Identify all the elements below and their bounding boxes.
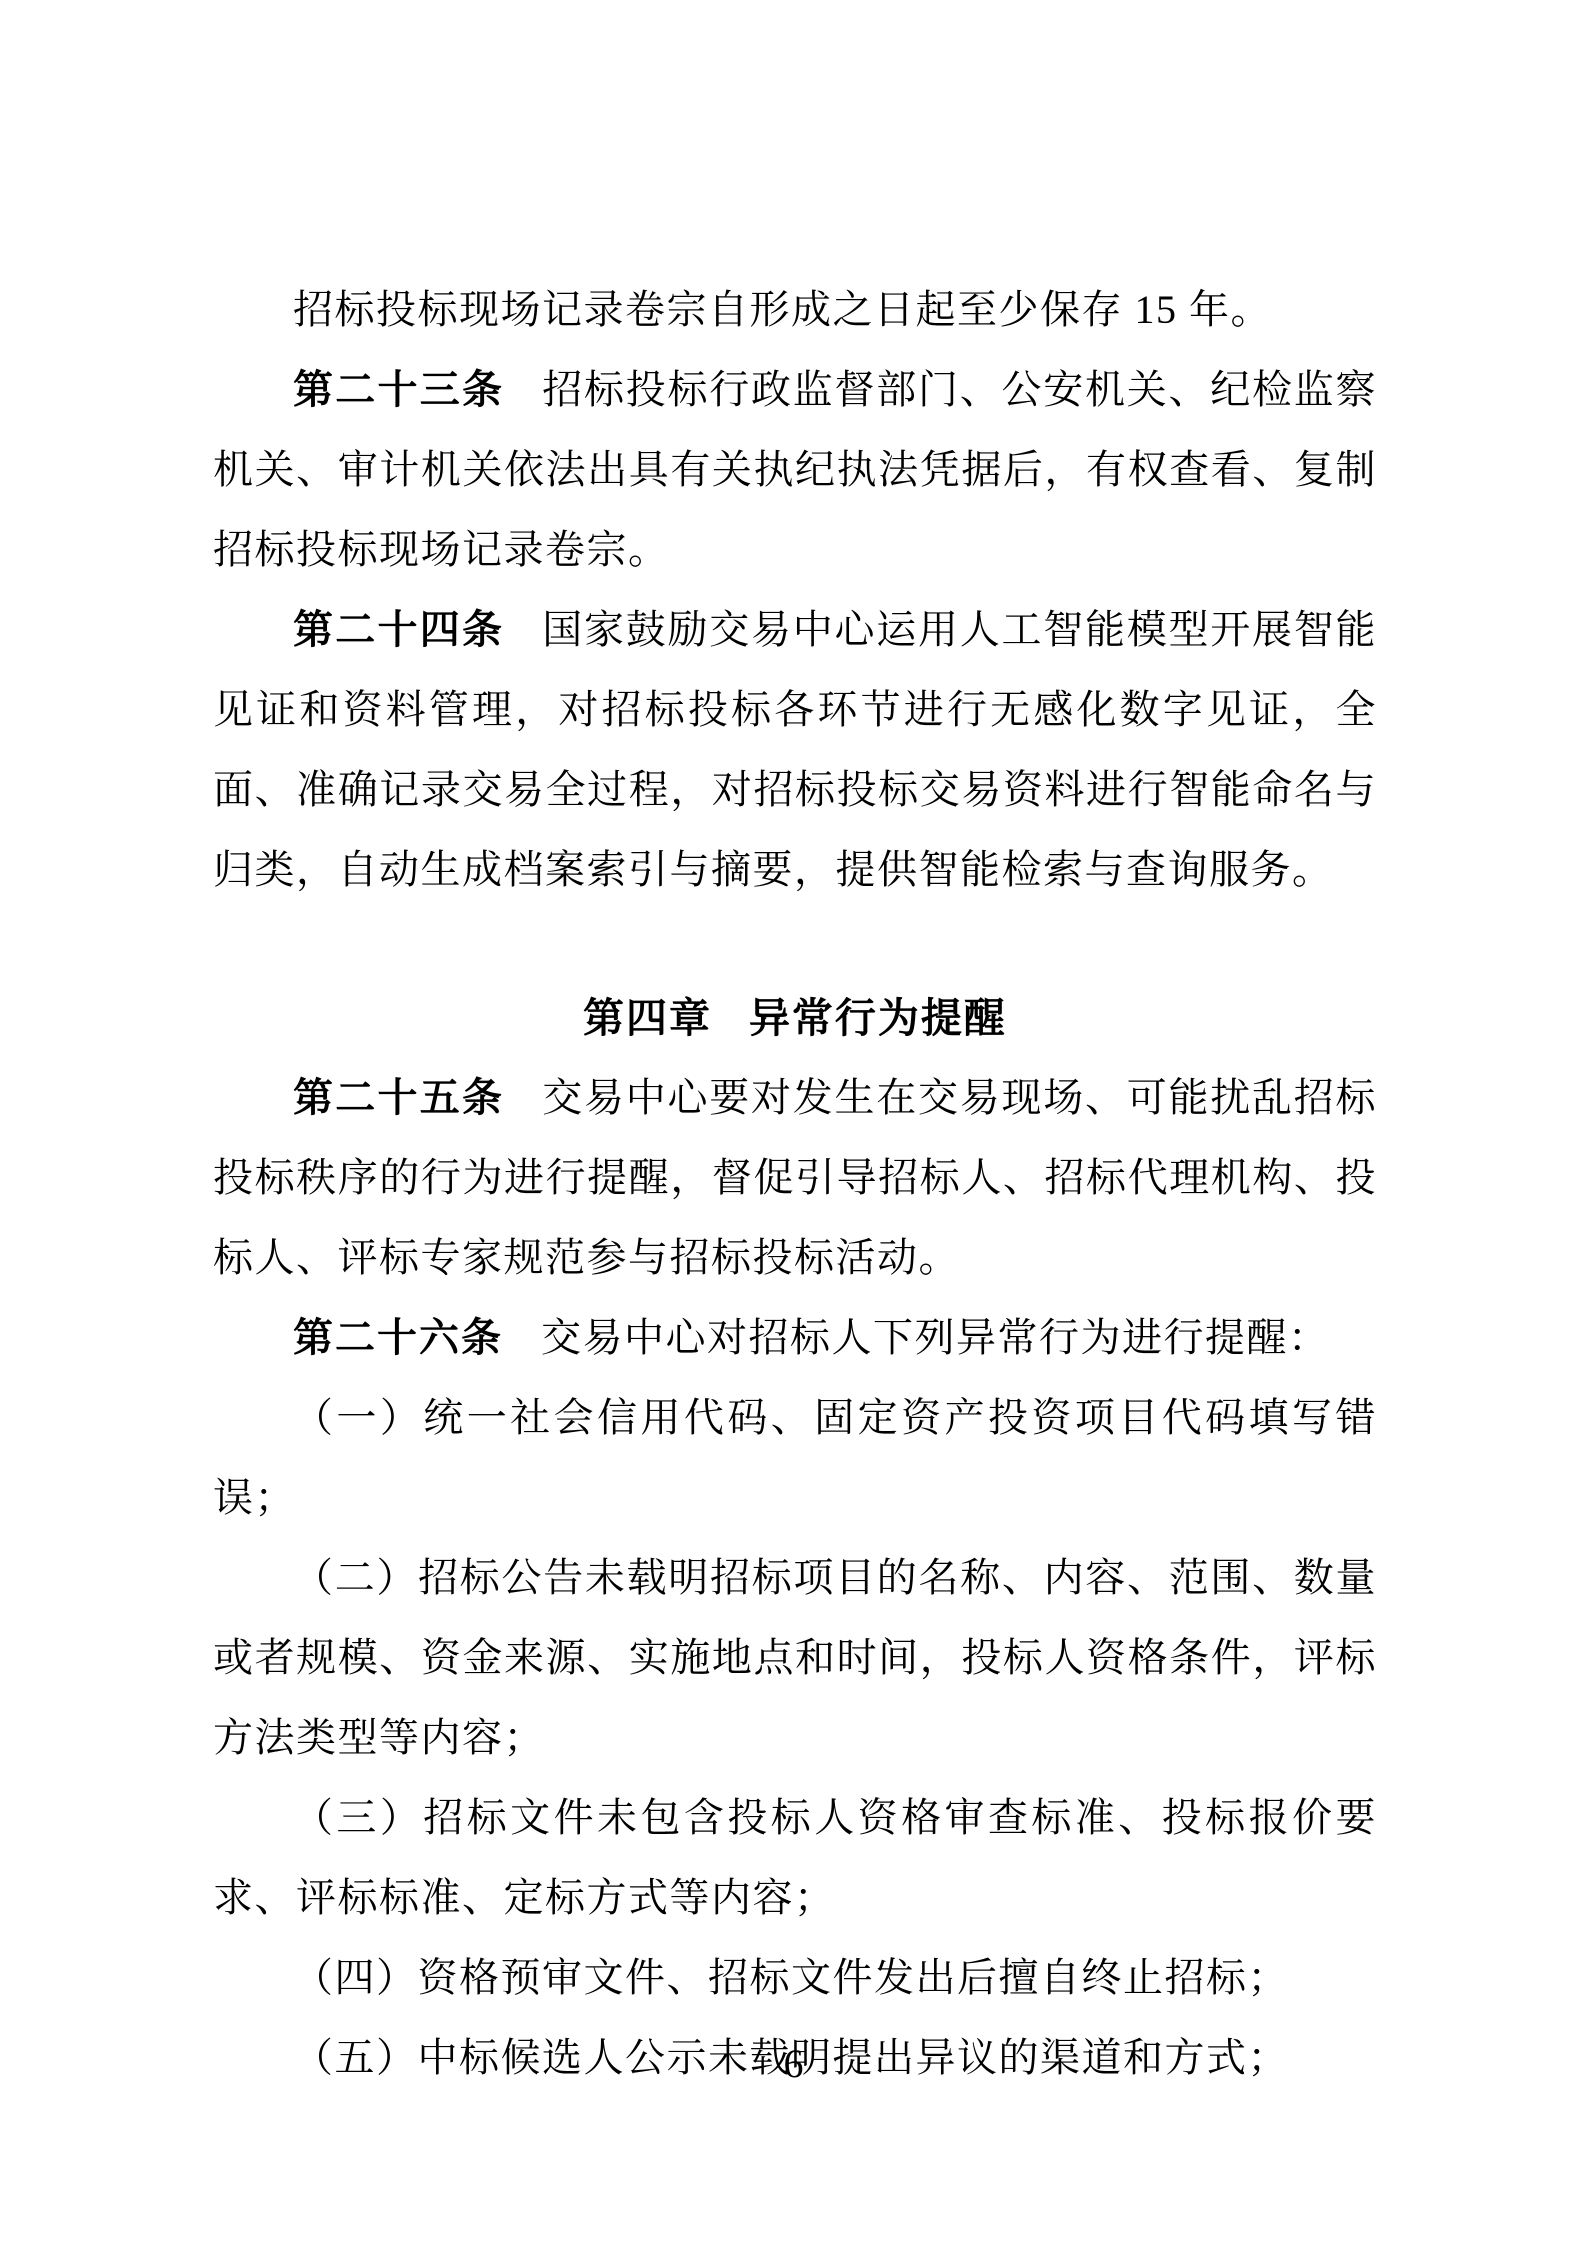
document-content: 招标投标现场记录卷宗自形成之日起至少保存 15 年。 第二十三条招标投标行政监督… xyxy=(213,270,1377,2098)
list-item-4: （四）资格预审文件、招标文件发出后擅自终止招标； xyxy=(213,1938,1377,2018)
chapter-number: 第四章 xyxy=(583,995,712,1041)
list-item-1: （一）统一社会信用代码、固定资产投资项目代码填写错误； xyxy=(213,1378,1377,1538)
list-item-2: （二）招标公告未载明招标项目的名称、内容、范围、数量或者规模、资金来源、实施地点… xyxy=(213,1538,1377,1778)
article-26-number: 第二十六条 xyxy=(293,1316,503,1360)
document-page: 招标投标现场记录卷宗自形成之日起至少保存 15 年。 第二十三条招标投标行政监督… xyxy=(0,0,1587,2245)
article-23-number: 第二十三条 xyxy=(293,368,504,412)
paragraph-article-25: 第二十五条交易中心要对发生在交易现场、可能扰乱招标投标秩序的行为进行提醒，督促引… xyxy=(213,1058,1377,1298)
paragraph-archive-retention: 招标投标现场记录卷宗自形成之日起至少保存 15 年。 xyxy=(213,270,1377,350)
paragraph-article-26: 第二十六条交易中心对招标人下列异常行为进行提醒： xyxy=(213,1298,1377,1378)
chapter-heading: 第四章异常行为提醒 xyxy=(213,978,1377,1058)
paragraph-article-24: 第二十四条国家鼓励交易中心运用人工智能模型开展智能见证和资料管理，对招标投标各环… xyxy=(213,590,1377,910)
chapter-title: 异常行为提醒 xyxy=(749,995,1007,1041)
article-24-number: 第二十四条 xyxy=(293,608,504,652)
page-number: 6 xyxy=(784,2041,804,2086)
list-item-3: （三）招标文件未包含投标人资格审查标准、投标报价要求、评标标准、定标方式等内容； xyxy=(213,1778,1377,1938)
article-26-text: 交易中心对招标人下列异常行为进行提醒： xyxy=(541,1315,1330,1360)
paragraph-article-23: 第二十三条招标投标行政监督部门、公安机关、纪检监察机关、审计机关依法出具有关执纪… xyxy=(213,350,1377,590)
page-footer: 6 xyxy=(0,2038,1587,2090)
article-25-number: 第二十五条 xyxy=(293,1076,504,1120)
